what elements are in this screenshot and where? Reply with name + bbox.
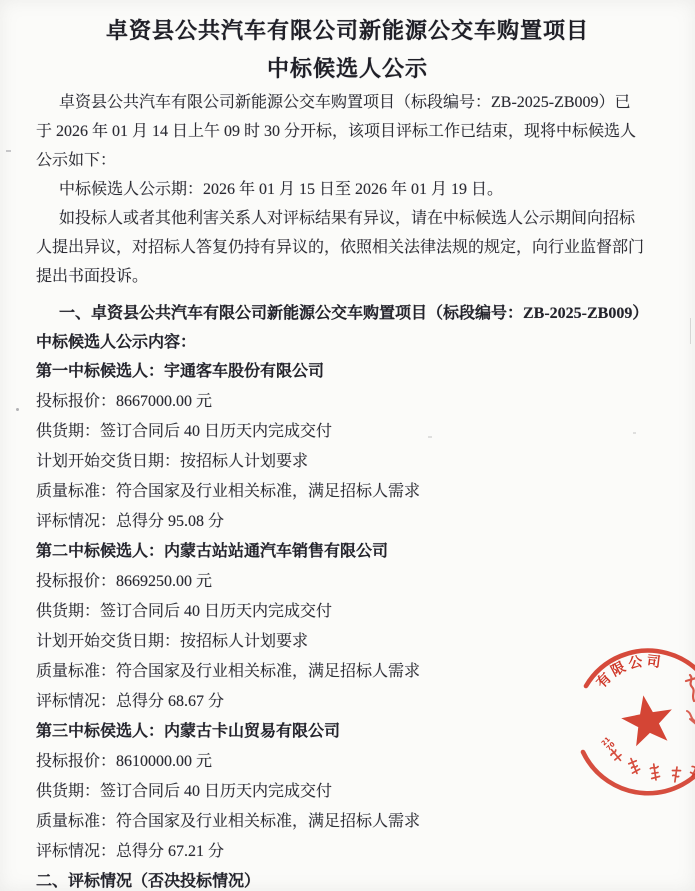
official-seal-stamp: 有限公司 21 70: [600, 615, 695, 815]
document-title-line2: 中标候选人公示: [0, 50, 695, 88]
candidate-3-quality-standard: 质量标准：符合国家及行业相关标准，满足招标人需求: [36, 807, 647, 837]
star-icon: [618, 691, 677, 748]
section1-heading-line1: 一、卓资县公共汽车有限公司新能源公交车购置项目（标段编号：ZB-2025-ZB0…: [36, 299, 647, 328]
document-page: 卓资县公共汽车有限公司新能源公交车购置项目 中标候选人公示 卓资县公共汽车有限公…: [0, 0, 695, 891]
candidate-1-delivery-period: 供货期：签订合同后 40 日历天内完成交付: [36, 417, 647, 447]
candidate-1-heading: 第一中标候选人：宇通客车股份有限公司: [36, 357, 647, 387]
candidate-2-heading: 第二中标候选人：内蒙古站站通汽车销售有限公司: [36, 537, 647, 567]
section1-heading: 一、卓资县公共汽车有限公司新能源公交车购置项目（标段编号：ZB-2025-ZB0…: [36, 299, 647, 357]
publicity-period-line: 中标候选人公示期：2026 年 01 月 15 日至 2026 年 01 月 1…: [36, 175, 647, 204]
section2-heading: 二、评标情况（否决投标情况）: [36, 867, 647, 891]
section1-heading-line2: 中标候选人公示内容：: [36, 328, 647, 357]
candidate-3-heading: 第三中标侯选人：内蒙古卡山贸易有限公司: [36, 717, 647, 747]
candidate-2-evaluation-score: 评标情况：总得分 68.67 分: [36, 687, 647, 717]
candidate-3-bid-price: 投标报价：8610000.00 元: [36, 747, 647, 777]
text-line: 卓资县公共汽车有限公司新能源公交车购置项目（标段编号：ZB-2025-ZB009…: [36, 88, 647, 117]
seal-code: 21 70: [600, 735, 617, 752]
candidate-block-2: 第二中标候选人：内蒙古站站通汽车销售有限公司 投标报价：8669250.00 元…: [36, 537, 647, 717]
scan-artifact: [690, 318, 691, 344]
document-title-line1: 卓资县公共汽车有限公司新能源公交车购置项目: [0, 12, 695, 50]
seal-outer-ring-bottom: [583, 752, 695, 793]
seal-partial-glyph: [687, 711, 695, 724]
scan-artifact: [6, 150, 11, 152]
candidate-2-delivery-start: 计划开始交货日期：按招标人计划要求: [36, 627, 647, 657]
candidate-block-3: 第三中标侯选人：内蒙古卡山贸易有限公司 投标报价：8610000.00 元 供货…: [36, 717, 647, 867]
intro-paragraph: 卓资县公共汽车有限公司新能源公交车购置项目（标段编号：ZB-2025-ZB009…: [36, 88, 647, 175]
scan-artifact: [428, 436, 432, 438]
candidate-block-1: 第一中标候选人：宇通客车股份有限公司 投标报价：8667000.00 元 供货期…: [36, 357, 647, 537]
document-title: 卓资县公共汽车有限公司新能源公交车购置项目 中标候选人公示: [0, 0, 695, 88]
candidate-1-bid-price: 投标报价：8667000.00 元: [36, 387, 647, 417]
text-line: 提出书面投诉。: [36, 262, 647, 291]
document-body: 卓资县公共汽车有限公司新能源公交车购置项目（标段编号：ZB-2025-ZB009…: [36, 88, 647, 891]
scan-artifact: [16, 408, 19, 411]
candidate-2-delivery-period: 供货期：签订合同后 40 日历天内完成交付: [36, 597, 647, 627]
text-line: 公示如下：: [36, 146, 647, 175]
text-line: 如投标人或者其他利害关系人对评标结果有异议，请在中标候选人公示期间向招标: [36, 204, 647, 233]
seal-bottom-script: [608, 747, 695, 782]
objection-paragraph: 如投标人或者其他利害关系人对评标结果有异议，请在中标候选人公示期间向招标 人提出…: [36, 204, 647, 291]
candidate-2-bid-price: 投标报价：8669250.00 元: [36, 567, 647, 597]
scan-artifact: [633, 432, 636, 434]
candidate-3-delivery-period: 供货期：签订合同后 40 日历天内完成交付: [36, 777, 647, 807]
candidate-3-evaluation-score: 评标情况：总得分 67.21 分: [36, 837, 647, 867]
candidate-1-evaluation-score: 评标情况：总得分 95.08 分: [36, 507, 647, 537]
text-line: 于 2026 年 01 月 14 日上午 09 时 30 分开标，该项目评标工作…: [36, 117, 647, 146]
text-line: 人提出异议，对招标人答复仍持有异议的，依照相关法律法规的规定，向行业监督部门: [36, 233, 647, 262]
seal-partial-glyph: [686, 675, 695, 701]
candidate-2-quality-standard: 质量标准：符合国家及行业相关标准，满足招标人需求: [36, 657, 647, 687]
candidate-1-quality-standard: 质量标准：符合国家及行业相关标准，满足招标人需求: [36, 477, 647, 507]
candidate-1-delivery-start: 计划开始交货日期：按招标人计划要求: [36, 447, 647, 477]
publicity-period-paragraph: 中标候选人公示期：2026 年 01 月 15 日至 2026 年 01 月 1…: [36, 175, 647, 204]
seal-arc-text: 有限公司: [593, 652, 665, 691]
